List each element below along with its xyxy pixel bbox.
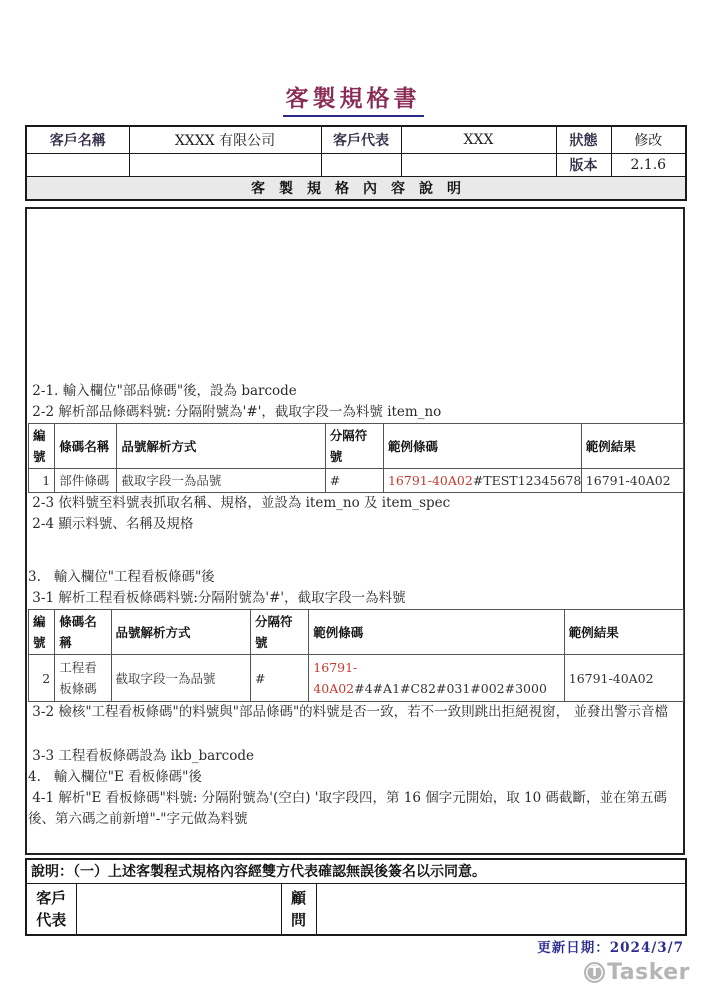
cell-no: 1 — [29, 469, 55, 493]
col-header-example-result: 範例結果 — [564, 610, 683, 655]
cell-example-result: 16791-40A02 — [564, 655, 683, 702]
barcode-suffix: #TEST12345678 — [473, 473, 581, 488]
spec-line-2-3: 2-3 依料號至料號表抓取名稱、規格，並設為 item_no 及 item_sp… — [28, 493, 682, 514]
col-header-parse-method: 品號解析方式 — [117, 424, 325, 469]
customer-rep-value: XXX — [401, 126, 556, 153]
tasker-logo-icon: T — [584, 962, 605, 983]
cell-separator: # — [251, 655, 309, 702]
version-label: 版本 — [556, 153, 611, 176]
agreement-table: 說明：（一）上述客製程式規格內容經雙方代表確認無誤後簽名以示同意。 客戶代表 顧… — [25, 858, 687, 936]
col-header-example-barcode: 範例條碼 — [309, 610, 564, 655]
cell-parse-method: 截取字段一為品號 — [111, 655, 251, 702]
spacer — [28, 535, 682, 567]
section-banner: 客 製 規 格 內 容 說 明 — [26, 176, 686, 200]
cell-example-barcode: 16791-40A02#4#A1#C82#031#002#3000 — [309, 655, 564, 702]
spec-line-3-3: 3-3 工程看板條碼設為 ikb_barcode — [28, 746, 682, 767]
col-header-example-result: 範例結果 — [581, 424, 683, 469]
header-info-table: 客戶名稱 XXXX 有限公司 客戶代表 XXX 狀態 修改 版本 2.1.6 客… — [25, 125, 687, 201]
spec-line-4: 4. 輸入欄位"E 看板條碼"後 — [28, 767, 682, 788]
spec-content-box: 2-1. 輸入欄位"部品條碼"後，設為 barcode 2-2 解析部品條碼料號… — [25, 207, 685, 855]
tasker-logo: T Tasker — [584, 960, 690, 985]
spec-content: 2-1. 輸入欄位"部品條碼"後，設為 barcode 2-2 解析部品條碼料號… — [28, 381, 682, 830]
consultant-signature-label: 顧問 — [281, 883, 316, 935]
spec-line-3: 3. 輸入欄位"工程看板條碼"後 — [28, 567, 682, 588]
col-header-example-barcode: 範例條碼 — [383, 424, 581, 469]
spec-line-2-4: 2-4 顯示料號、名稱及規格 — [28, 514, 682, 535]
cell-parse-method: 截取字段一為品號 — [117, 469, 325, 493]
col-header-separator: 分隔符號 — [251, 610, 309, 655]
version-value: 2.1.6 — [611, 153, 686, 176]
update-date: 更新日期：2024/3/7 — [537, 936, 684, 956]
table-header-row: 編號 條碼名稱 品號解析方式 分隔符號 範例條碼 範例結果 — [29, 610, 684, 655]
empty-cell — [129, 153, 321, 176]
status-label: 狀態 — [556, 126, 611, 153]
spec-line-2-1: 2-1. 輸入欄位"部品條碼"後，設為 barcode — [28, 381, 682, 402]
page-title-text: 客製規格書 — [283, 80, 424, 117]
col-header-no: 編號 — [29, 424, 55, 469]
spec-line-2-2: 2-2 解析部品條碼料號: 分隔附號為'#'，截取字段一為料號 item_no — [28, 402, 682, 423]
table-header-row: 編號 條碼名稱 品號解析方式 分隔符號 範例條碼 範例結果 — [29, 424, 684, 469]
cell-barcode-name: 部件條碼 — [55, 469, 117, 493]
agreement-note: 說明：（一）上述客製程式規格內容經雙方代表確認無誤後簽名以示同意。 — [26, 859, 686, 883]
cell-example-barcode: 16791-40A02#TEST12345678 — [383, 469, 581, 493]
barcode-part-number: 16791-40A02 — [313, 660, 357, 696]
page-title: 客製規格書 — [0, 80, 706, 117]
consultant-signature-field — [316, 883, 686, 935]
status-value: 修改 — [611, 126, 686, 153]
barcode-table-2: 編號 條碼名稱 品號解析方式 分隔符號 範例條碼 範例結果 2 工程看板條碼 截… — [28, 609, 684, 702]
table-row: 1 部件條碼 截取字段一為品號 # 16791-40A02#TEST123456… — [29, 469, 684, 493]
spec-line-3-1: 3-1 解析工程看板條碼料號:分隔附號為'#'，截取字段一為料號 — [28, 588, 682, 609]
cell-example-result: 16791-40A02 — [581, 469, 683, 493]
barcode-suffix: #4#A1#C82#031#002#3000 — [354, 681, 547, 696]
barcode-table-1: 編號 條碼名稱 品號解析方式 分隔符號 範例條碼 範例結果 1 部件條碼 截取字… — [28, 423, 684, 493]
spacer — [28, 723, 682, 746]
customer-name-value: XXXX 有限公司 — [129, 126, 321, 153]
col-header-separator: 分隔符號 — [325, 424, 383, 469]
cell-barcode-name: 工程看板條碼 — [55, 655, 111, 702]
empty-cell — [26, 153, 129, 176]
customer-rep-label: 客戶代表 — [321, 126, 401, 153]
col-header-barcode-name: 條碼名稱 — [55, 424, 117, 469]
table-row: 2 工程看板條碼 截取字段一為品號 # 16791-40A02#4#A1#C82… — [29, 655, 684, 702]
barcode-part-number: 16791-40A02 — [388, 473, 473, 488]
col-header-no: 編號 — [29, 610, 55, 655]
customer-rep-signature-label: 客戶代表 — [26, 883, 76, 935]
cell-no: 2 — [29, 655, 55, 702]
col-header-barcode-name: 條碼名稱 — [55, 610, 111, 655]
spec-line-3-2: 3-2 檢核"工程看板條碼"的料號與"部品條碼"的料號是否一致，若不一致則跳出拒… — [28, 702, 682, 723]
empty-cell — [321, 153, 401, 176]
empty-cell — [401, 153, 556, 176]
cell-separator: # — [325, 469, 383, 493]
customer-name-label: 客戶名稱 — [26, 126, 129, 153]
tasker-logo-text: Tasker — [607, 960, 690, 985]
customer-rep-signature-field — [76, 883, 281, 935]
spec-line-4-1: 4-1 解析"E 看板條碼"料號: 分隔附號為'(空白) '取字段四，第 16 … — [28, 788, 682, 830]
col-header-parse-method: 品號解析方式 — [111, 610, 251, 655]
